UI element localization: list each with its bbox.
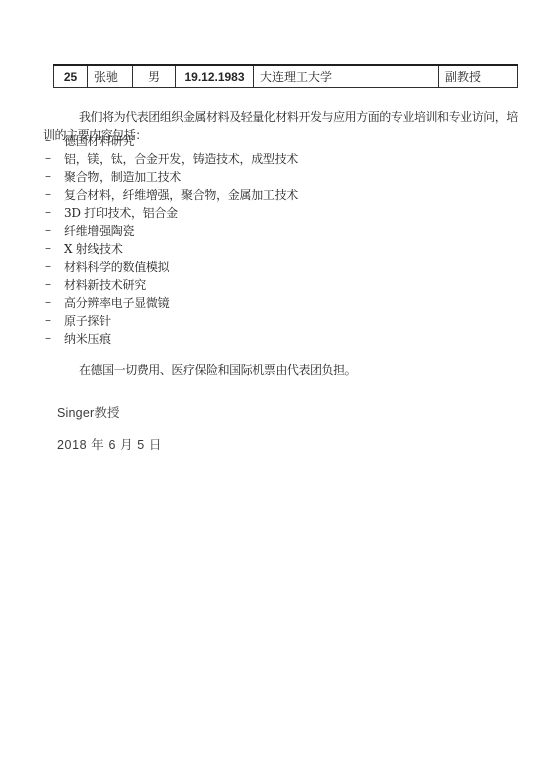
cell-university: 大连理工大学 xyxy=(254,65,439,88)
list-item: –德国材料研究 xyxy=(45,131,298,149)
list-item: –复合材料，纤维增强，聚合物，金属加工技术 xyxy=(45,185,298,203)
dash-bullet-icon: – xyxy=(45,295,64,309)
list-item: –3D 打印技术，铝合金 xyxy=(45,203,298,221)
cell-title: 副教授 xyxy=(439,65,518,88)
table-row: 25 张驰 男 19.12.1983 大连理工大学 副教授 xyxy=(54,65,518,88)
list-item: –铝，镁，钛，合金开发，铸造技术，成型技术 xyxy=(45,149,298,167)
list-item-text: 材料新技术研究 xyxy=(64,276,146,293)
closing-paragraph: 在德国一切费用、医疗保险和国际机票由代表团负担。 xyxy=(43,362,519,380)
dash-bullet-icon: – xyxy=(45,331,64,345)
list-item-text: 复合材料，纤维增强，聚合物，金属加工技术 xyxy=(64,186,298,203)
cell-birth-date: 19.12.1983 xyxy=(176,65,254,88)
training-topic-list: –德国材料研究 –铝，镁，钛，合金开发，铸造技术，成型技术 –聚合物，制造加工技… xyxy=(45,131,298,347)
list-item-text: 高分辨率电子显微镜 xyxy=(64,294,169,311)
delegate-table: 25 张驰 男 19.12.1983 大连理工大学 副教授 xyxy=(53,64,518,88)
list-item: –材料新技术研究 xyxy=(45,275,298,293)
cell-name: 张驰 xyxy=(88,65,133,88)
dash-bullet-icon: – xyxy=(45,313,64,327)
list-item: –纳米压痕 xyxy=(45,329,298,347)
dash-bullet-icon: – xyxy=(45,205,64,219)
list-item-text: 纤维增强陶瓷 xyxy=(64,222,134,239)
list-item: –高分辨率电子显微镜 xyxy=(45,293,298,311)
list-item-text: 材料科学的数值模拟 xyxy=(64,258,169,275)
list-item: –聚合物，制造加工技术 xyxy=(45,167,298,185)
cell-row-number: 25 xyxy=(54,65,88,88)
dash-bullet-icon: – xyxy=(45,277,64,291)
signature-name: Singer教授 xyxy=(57,403,120,421)
cell-gender: 男 xyxy=(133,65,176,88)
dash-bullet-icon: – xyxy=(45,187,64,201)
dash-bullet-icon: – xyxy=(45,241,64,255)
list-item-text: 纳米压痕 xyxy=(64,330,111,347)
list-item-text: 德国材料研究 xyxy=(64,132,134,149)
document-page: 25 张驰 男 19.12.1983 大连理工大学 副教授 我们将为代表团组织金… xyxy=(0,0,551,779)
dash-bullet-icon: – xyxy=(45,169,64,183)
list-item: –X 射线技术 xyxy=(45,239,298,257)
list-item-text: 3D 打印技术，铝合金 xyxy=(64,204,178,221)
dash-bullet-icon: – xyxy=(45,223,64,237)
list-item: –原子探针 xyxy=(45,311,298,329)
list-item: –材料科学的数值模拟 xyxy=(45,257,298,275)
list-item: –纤维增强陶瓷 xyxy=(45,221,298,239)
signature-date: 2018 年 6 月 5 日 xyxy=(57,435,162,453)
dash-bullet-icon: – xyxy=(45,151,64,165)
dash-bullet-icon: – xyxy=(45,259,64,273)
list-item-text: X 射线技术 xyxy=(64,240,123,257)
list-item-text: 原子探针 xyxy=(64,312,111,329)
dash-bullet-icon: – xyxy=(45,133,64,147)
list-item-text: 聚合物，制造加工技术 xyxy=(64,168,181,185)
list-item-text: 铝，镁，钛，合金开发，铸造技术，成型技术 xyxy=(64,150,298,167)
